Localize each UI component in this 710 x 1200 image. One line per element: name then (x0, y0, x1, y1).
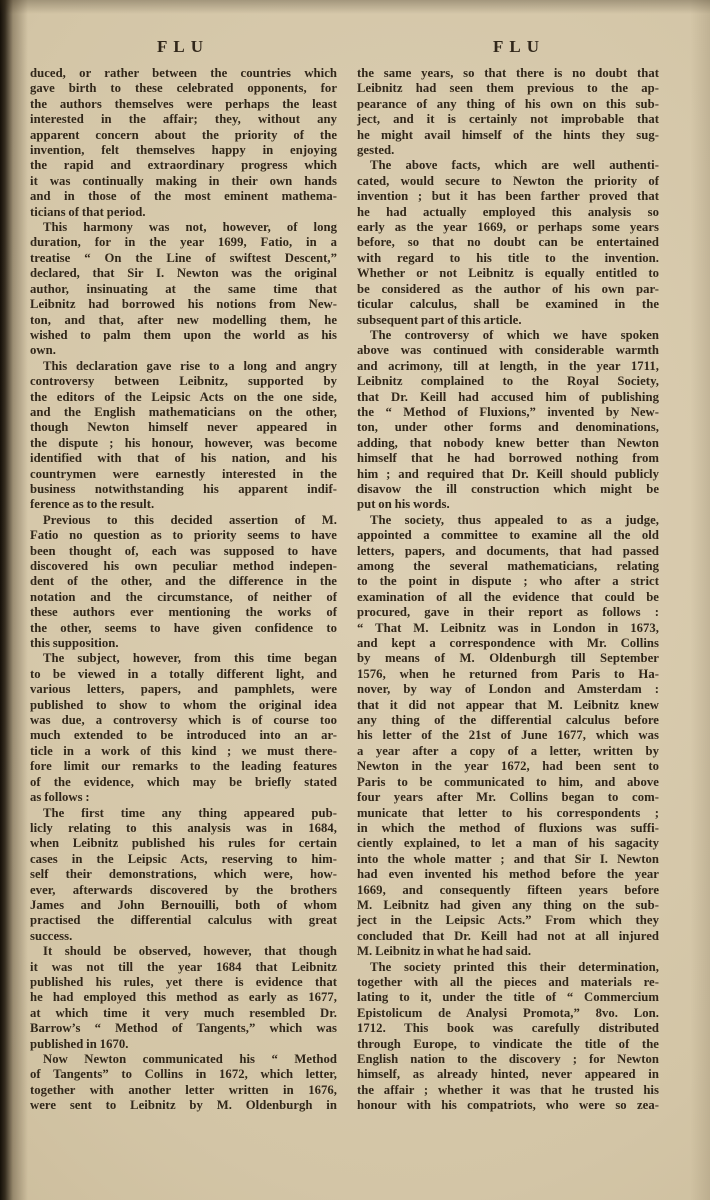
text-line: early as the year 1669, or perhaps some … (357, 220, 659, 235)
text-line: The society, thus appealed to as a judge… (357, 513, 659, 528)
text-line: dent of the other, and the difference in… (30, 574, 337, 589)
text-line: It should be observed, however, that tho… (30, 944, 337, 959)
text-line: nover, by way of London and Amsterdam : (357, 682, 659, 697)
text-line: M. Leibnitz in what he had said. (357, 944, 659, 959)
text-line: and the English mathematicians on the ot… (30, 405, 337, 420)
text-line: to be viewed in a totally different ligh… (30, 667, 337, 682)
text-line: James and John Bernouilli, both of whom (30, 898, 337, 913)
text-line: ference as to the result. (30, 497, 337, 512)
text-line: Whether or not Leibnitz is equally entit… (357, 266, 659, 281)
text-line: though Newton himself never appeared in (30, 420, 337, 435)
text-line: together with all the pieces and materia… (357, 975, 659, 990)
text-line: ject in the Leipsic Acts.” From which th… (357, 913, 659, 928)
text-line: he had employed this method as early as … (30, 990, 337, 1005)
text-line: among the several mathematicians, relati… (357, 559, 659, 574)
text-line: that Dr. Keill had accused him of publis… (357, 390, 659, 405)
text-line: it was continually making in their own h… (30, 174, 337, 189)
text-line: and kept a correspondence with Mr. Colli… (357, 636, 659, 651)
text-line: a year after a copy of a letter, written… (357, 744, 659, 759)
text-line: Newton in the year 1672, had been sent t… (357, 759, 659, 774)
text-line: were sent to Leibnitz by M. Oldenburgh i… (30, 1098, 337, 1113)
text-line: cated, would secure to Newton the priori… (357, 174, 659, 189)
text-line: he had actually employed this analysis s… (357, 205, 659, 220)
text-line: ticular calculus, shall be examined in t… (357, 297, 659, 312)
text-line: published his rules, yet there is eviden… (30, 975, 337, 990)
text-line: any thing of the differential calculus b… (357, 713, 659, 728)
text-column-left: duced, or rather between the countries w… (30, 66, 337, 1114)
text-line: interested in the affair; they, without … (30, 112, 337, 127)
text-line: he might avail himself of the hints they… (357, 128, 659, 143)
text-line: much extended to be introduced into an a… (30, 728, 337, 743)
text-line: cases in the Leipsic Acts, reserving to … (30, 852, 337, 867)
text-line: The subject, however, from this time beg… (30, 651, 337, 666)
text-line: put on his words. (357, 497, 659, 512)
text-line: through Europe, to vindicate the title o… (357, 1037, 659, 1052)
text-line: concluded that Dr. Keill had not at all … (357, 929, 659, 944)
text-line: invention ; but it has been farther prov… (357, 189, 659, 204)
text-line: in which the method of fluxions was suff… (357, 821, 659, 836)
text-line: and in those of the most eminent mathema… (30, 189, 337, 204)
text-line: municate that letter to his corresponden… (357, 806, 659, 821)
text-line: of Tangents” to Collins in 1672, which l… (30, 1067, 337, 1082)
text-line: himself that he had borrowed nothing fro… (357, 451, 659, 466)
text-line: by means of M. Oldenburgh till September (357, 651, 659, 666)
text-line: This harmony was not, however, of long (30, 220, 337, 235)
text-line: English nation to the discovery ; for Ne… (357, 1052, 659, 1067)
text-line: adding, that nobody knew better than New… (357, 436, 659, 451)
text-line: 1669, and consequently fifteen years bef… (357, 883, 659, 898)
text-line: together with another letter written in … (30, 1083, 337, 1098)
text-line: gave birth to these celebrated opponents… (30, 81, 337, 96)
text-line: as follows : (30, 790, 337, 805)
page-top-shadow (0, 0, 710, 14)
page-right-shadow (690, 0, 710, 1200)
text-line: Paris to be communicated to him, and abo… (357, 775, 659, 790)
text-line: The above facts, which are well authenti… (357, 158, 659, 173)
text-line: published in 1670. (30, 1037, 337, 1052)
text-line: ject, and it is certainly not improbable… (357, 112, 659, 127)
text-line: M. Leibnitz had given any thing on the s… (357, 898, 659, 913)
text-line: Previous to this decided assertion of M. (30, 513, 337, 528)
text-line: Now Newton communicated his “ Method (30, 1052, 337, 1067)
text-line: honour with his compatriots, who were so… (357, 1098, 659, 1113)
text-line: discovered his own peculiar method indep… (30, 559, 337, 574)
text-line: Leibnitz complained to the Royal Society… (357, 374, 659, 389)
text-line: duration, for in the year 1699, Fatio, i… (30, 235, 337, 250)
text-line: gested. (357, 143, 659, 158)
text-line: the editors of the Leipsic Acts on the o… (30, 390, 337, 405)
text-line: been thought of, each was supposed to ha… (30, 544, 337, 559)
text-line: This declaration gave rise to a long and… (30, 359, 337, 374)
text-line: countrymen were earnestly interested in … (30, 467, 337, 482)
text-line: The society printed this their determina… (357, 960, 659, 975)
running-head-left: FLU (157, 37, 209, 57)
text-line: before, so that no doubt can be entertai… (357, 235, 659, 250)
text-line: the other, seems to have given confidenc… (30, 621, 337, 636)
text-line: business notwithstanding his apparent in… (30, 482, 337, 497)
text-line: self their demonstrations, which were, h… (30, 867, 337, 882)
text-line: the same years, so that there is no doub… (357, 66, 659, 81)
text-line: “ That M. Leibnitz was in London in 1673… (357, 621, 659, 636)
text-line: duced, or rather between the countries w… (30, 66, 337, 81)
text-line: at which time it very much resembled Dr. (30, 1006, 337, 1021)
text-line: be considered as the author of his own p… (357, 282, 659, 297)
text-line: practised the differential calculus with… (30, 913, 337, 928)
text-line: 1576, when he returned from Paris to Ha- (357, 667, 659, 682)
text-line: licly relating to this analysis was in 1… (30, 821, 337, 836)
text-line: treatise “ On the Line of swiftest Desce… (30, 251, 337, 266)
text-line: examination of all the evidence that cou… (357, 590, 659, 605)
text-line: identified with that of his nation, and … (30, 451, 337, 466)
text-line: his letter of the 21st of June 1677, whi… (357, 728, 659, 743)
running-head-right: FLU (493, 37, 545, 57)
text-line: ticians of that period. (30, 205, 337, 220)
text-line: ciently explained, to let a man of his s… (357, 836, 659, 851)
text-line: and acrimony, till at length, in the yea… (357, 359, 659, 374)
text-line: letters, papers, and documents, that had… (357, 544, 659, 559)
text-line: him ; and required that Dr. Keill should… (357, 467, 659, 482)
text-line: this supposition. (30, 636, 337, 651)
text-line: fore limit our remarks to the leading fe… (30, 759, 337, 774)
text-line: The first time any thing appeared pub- (30, 806, 337, 821)
text-line: that it did not appear that M. Leibnitz … (357, 698, 659, 713)
text-line: lating to it, under the title of “ Comme… (357, 990, 659, 1005)
text-line: declared, that Sir I. Newton was the ori… (30, 266, 337, 281)
text-line: published to show to whom the original i… (30, 698, 337, 713)
text-line: the “ Method of Fluxions,” invented by N… (357, 405, 659, 420)
text-line: notation and the circumstance, of neithe… (30, 590, 337, 605)
text-line: the rapid and extraordinary progress whi… (30, 158, 337, 173)
text-line: controversy between Leibnitz, supported … (30, 374, 337, 389)
text-line: Barrow’s “ Method of Tangents,” which wa… (30, 1021, 337, 1036)
text-line: ton, and that, after new modelling them,… (30, 313, 337, 328)
text-line: procured, gave in their report as follow… (357, 605, 659, 620)
text-line: when Leibnitz published his rules for ce… (30, 836, 337, 851)
text-line: these authors ever mentioning the works … (30, 605, 337, 620)
text-line: the affair ; whether it was that he trus… (357, 1083, 659, 1098)
text-line: ticle in a work of this kind ; we must t… (30, 744, 337, 759)
text-line: ton, under other forms and denominations… (357, 420, 659, 435)
text-line: with regard to his title to the inventio… (357, 251, 659, 266)
text-line: four years after Mr. Collins began to co… (357, 790, 659, 805)
text-line: ever, afterwards discovered by the broth… (30, 883, 337, 898)
text-line: above was continued with considerable wa… (357, 343, 659, 358)
text-line: into the whole matter ; and that Sir I. … (357, 852, 659, 867)
text-line: Leibnitz had borrowed his notions from N… (30, 297, 337, 312)
text-line: various letters, papers, and pamphlets, … (30, 682, 337, 697)
text-line: pearance of any thing of his own on this… (357, 97, 659, 112)
text-line: invention, felt themselves happy in enjo… (30, 143, 337, 158)
text-line: to the point in dispute ; who after a st… (357, 574, 659, 589)
text-line: The controversy of which we have spoken (357, 328, 659, 343)
text-line: the authors themselves were perhaps the … (30, 97, 337, 112)
text-line: apparent concern about the priority of t… (30, 128, 337, 143)
text-line: Leibnitz had seen them previous to the a… (357, 81, 659, 96)
text-line: success. (30, 929, 337, 944)
text-line: Fatio no question as to priority seems t… (30, 528, 337, 543)
text-line: wished to palm them upon the world as hi… (30, 328, 337, 343)
text-line: it was not till the year 1684 that Leibn… (30, 960, 337, 975)
text-line: disavow the ill construction which might… (357, 482, 659, 497)
text-line: the dispute ; his honour, however, was b… (30, 436, 337, 451)
text-line: own. (30, 343, 337, 358)
text-line: appointed a committee to examine all the… (357, 528, 659, 543)
text-line: subsequent part of this article. (357, 313, 659, 328)
text-line: had even invented his method before the … (357, 867, 659, 882)
text-line: author, insinuating at the same time tha… (30, 282, 337, 297)
text-column-right: the same years, so that there is no doub… (357, 66, 659, 1114)
text-line: 1712. This book was carefully distribute… (357, 1021, 659, 1036)
text-line: Epistolicum de Analysi Promota,” 8vo. Lo… (357, 1006, 659, 1021)
text-line: himself, as already hinted, never appear… (357, 1067, 659, 1082)
text-line: was due, a controversy which is of cours… (30, 713, 337, 728)
text-line: of the evidence, which may be briefly st… (30, 775, 337, 790)
page-binding-shadow (0, 0, 28, 1200)
